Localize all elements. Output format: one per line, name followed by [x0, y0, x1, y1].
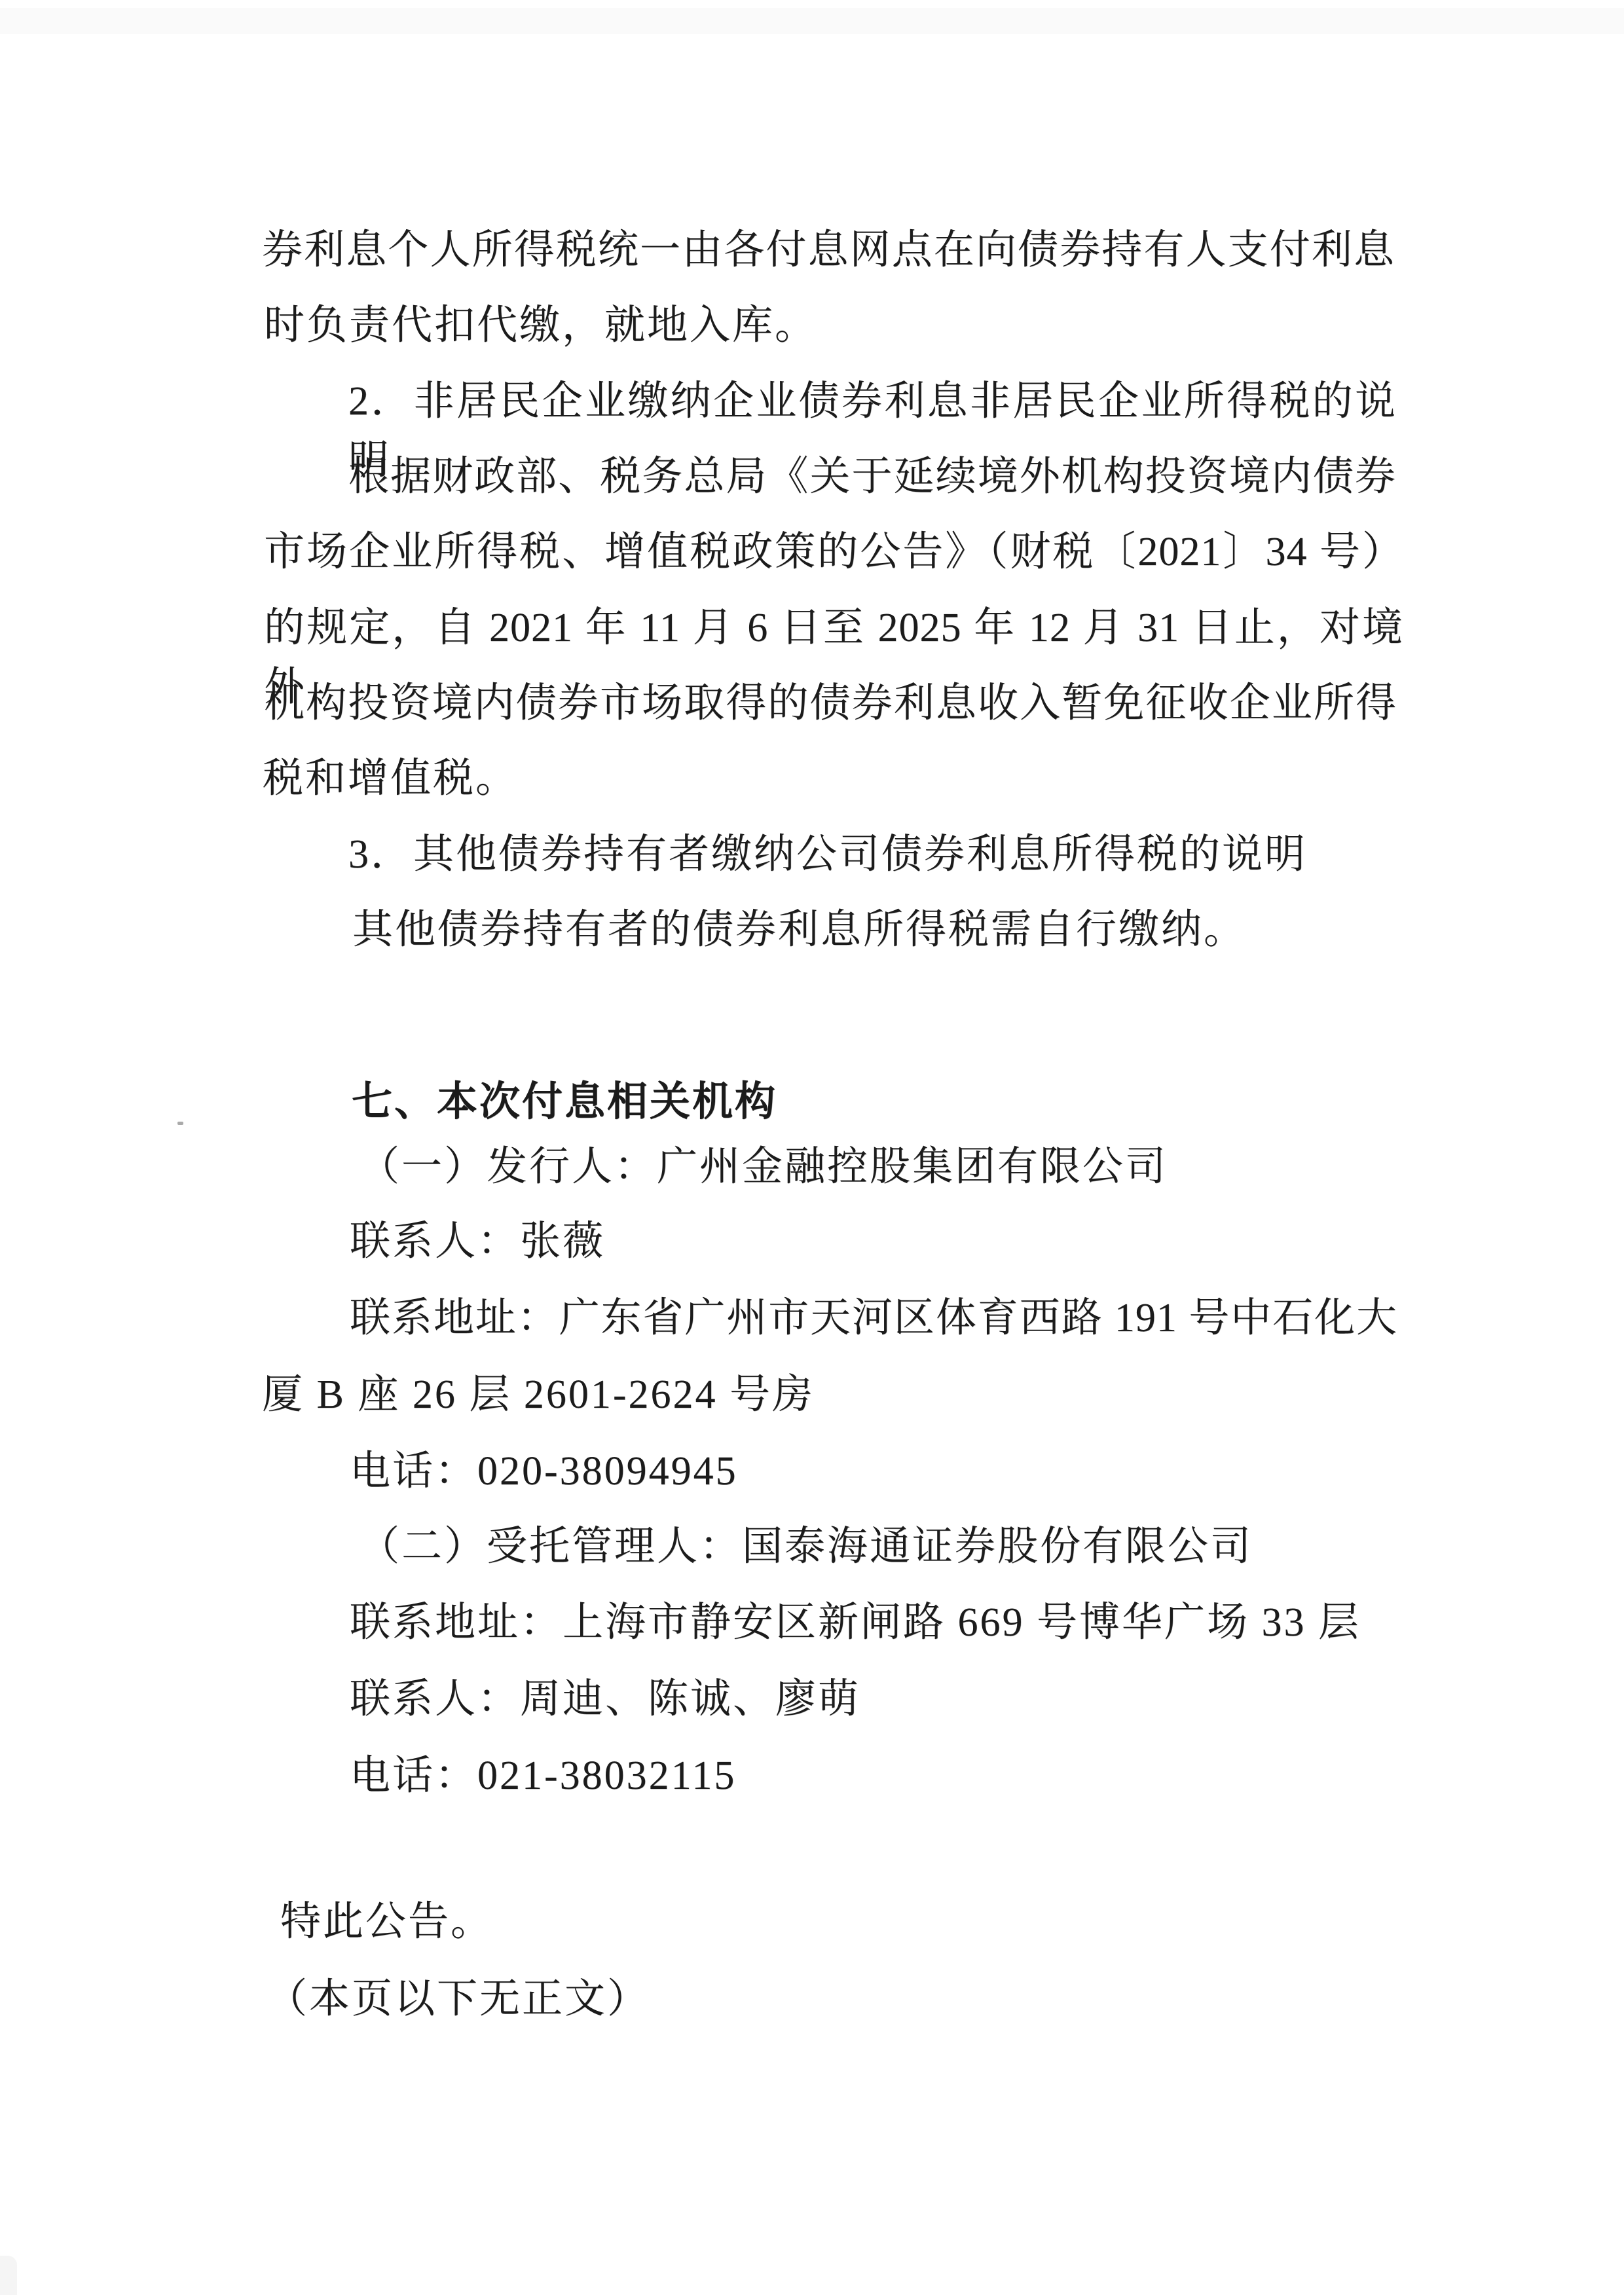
trustee-contact-line: 联系人：周迪、陈诚、廖萌	[350, 1670, 860, 1729]
closing-line: 特此公告。	[280, 1892, 493, 1951]
body-line-5: 市场企业所得税、增值税政策的公告》（财税〔2021〕34 号）	[264, 523, 1403, 581]
body-line-1: 券利息个人所得税统一由各付息网点在向债券持有人支付利息	[262, 221, 1395, 280]
no-more-text-line: （本页以下无正文）	[267, 1970, 650, 2029]
body-line-2: 时负责代扣代缴，就地入库。	[264, 296, 817, 355]
section-7-heading: 七、本次付息相关机构	[352, 1073, 777, 1131]
body-line-7: 机构投资境内债券市场取得的债券利息收入暂免征收企业所得	[264, 674, 1397, 733]
issuer-contact-line: 联系人：张薇	[350, 1212, 605, 1271]
issuer-phone-line: 电话：020-38094945	[350, 1442, 738, 1501]
issuer-address-line-2: 厦 B 座 26 层 2601-2624 号房	[262, 1365, 815, 1424]
item-3-heading: 3．其他债券持有者缴纳公司债券利息所得税的说明	[348, 825, 1307, 884]
scan-corner-smudge	[0, 2256, 17, 2295]
trustee-phone-line: 电话：021-38032115	[350, 1746, 736, 1805]
scan-noise-band	[0, 8, 1624, 34]
issuer-address-line-1: 联系地址：广东省广州市天河区体育西路 191 号中石化大	[350, 1289, 1397, 1348]
body-line-4: 根据财政部、税务总局《关于延续境外机构投资境内债券	[348, 447, 1396, 506]
trustee-line: （二）受托管理人：国泰海通证券股份有限公司	[359, 1517, 1253, 1576]
issuer-line: （一）发行人：广州金融控股集团有限公司	[359, 1137, 1168, 1196]
body-line-10: 其他债券持有者的债券利息所得税需自行缴纳。	[352, 900, 1246, 959]
trustee-address-line: 联系地址：上海市静安区新闸路 669 号博华广场 33 层	[350, 1593, 1361, 1652]
scan-speck	[177, 1122, 183, 1125]
document-page: 券利息个人所得税统一由各付息网点在向债券持有人支付利息时负责代扣代缴，就地入库。…	[0, 0, 1624, 2295]
body-line-8: 税和增值税。	[263, 749, 518, 808]
